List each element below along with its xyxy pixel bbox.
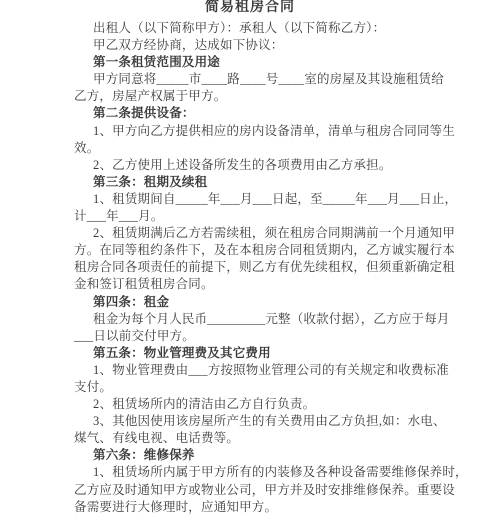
contract-document-page: 简易租房合同 出租人（以下简称甲方）：承租人（以下简称乙方）：甲乙双方经协商，达… <box>0 0 500 517</box>
contract-line: 金和签订租赁租房合同。 <box>74 276 500 293</box>
contract-line: 2、乙方使用上述设备所发生的各项费用由乙方承担。 <box>74 157 500 174</box>
contract-line: 第六条：维修保养 <box>74 447 500 464</box>
contract-line: 效。 <box>74 140 500 157</box>
contract-line: 第四条：租金 <box>74 294 500 311</box>
contract-line: 乙方，房屋产权属于甲方。 <box>74 88 500 105</box>
contract-line: 1、租赁期间自_____年___月___日起，至_____年___月___日止， <box>74 191 500 208</box>
contract-line: 方。在同等租约条件下，及在本租房合同租赁期内，乙方诚实履行本 <box>74 242 500 259</box>
contract-line: 3、其他因使用该房屋所产生的有关费用由乙方负担,如：水电、 <box>74 413 500 430</box>
contract-line: 第五条：物业管理费及其它费用 <box>74 345 500 362</box>
document-body: 出租人（以下简称甲方）：承租人（以下简称乙方）：甲乙双方经协商，达成如下协议：第… <box>0 15 500 516</box>
contract-line: 甲方同意将_____市____路____号____室的房屋及其设施租赁给 <box>74 71 500 88</box>
contract-line: 支付。 <box>74 379 500 396</box>
contract-line: 备需要进行大修理时，应通知甲方。 <box>74 499 500 516</box>
contract-line: 租房合同各项责任的前提下，则乙方有优先续租权，但须重新确定租 <box>74 259 500 276</box>
contract-line: 第三条：租期及续租 <box>74 174 500 191</box>
contract-line: 2、租赁期满后乙方若需续租，须在租房合同期满前一个月通知甲 <box>74 225 500 242</box>
contract-line: 1、甲方向乙方提供相应的房内设备清单，清单与租房合同同等生 <box>74 123 500 140</box>
contract-line: 第一条租赁范围及用途 <box>74 54 500 71</box>
contract-line: 第二条提供设备： <box>74 105 500 122</box>
contract-line: 出租人（以下简称甲方）：承租人（以下简称乙方）： <box>74 20 500 37</box>
contract-line: 煤气、有线电视、电话费等。 <box>74 430 500 447</box>
contract-line: ___日以前交付甲方。 <box>74 328 500 345</box>
contract-line: 1、物业管理费由___方按照物业管理公司的有关规定和收费标准 <box>74 362 500 379</box>
contract-line: 计___年___月。 <box>74 208 500 225</box>
contract-line: 甲乙双方经协商，达成如下协议： <box>74 37 500 54</box>
page-title: 简易租房合同 <box>0 0 500 15</box>
contract-line: 租金为每个月人民币_________元整（收款付据），乙方应于每月 <box>74 311 500 328</box>
contract-line: 乙方应及时通知甲方或物业公司，甲方并及时安排维修保养。重要设 <box>74 482 500 499</box>
contract-line: 1、租赁场所内属于甲方所有的内装修及各种设备需要维修保养时， <box>74 464 500 481</box>
contract-line: 2、租赁场所内的清洁由乙方自行负责。 <box>74 396 500 413</box>
